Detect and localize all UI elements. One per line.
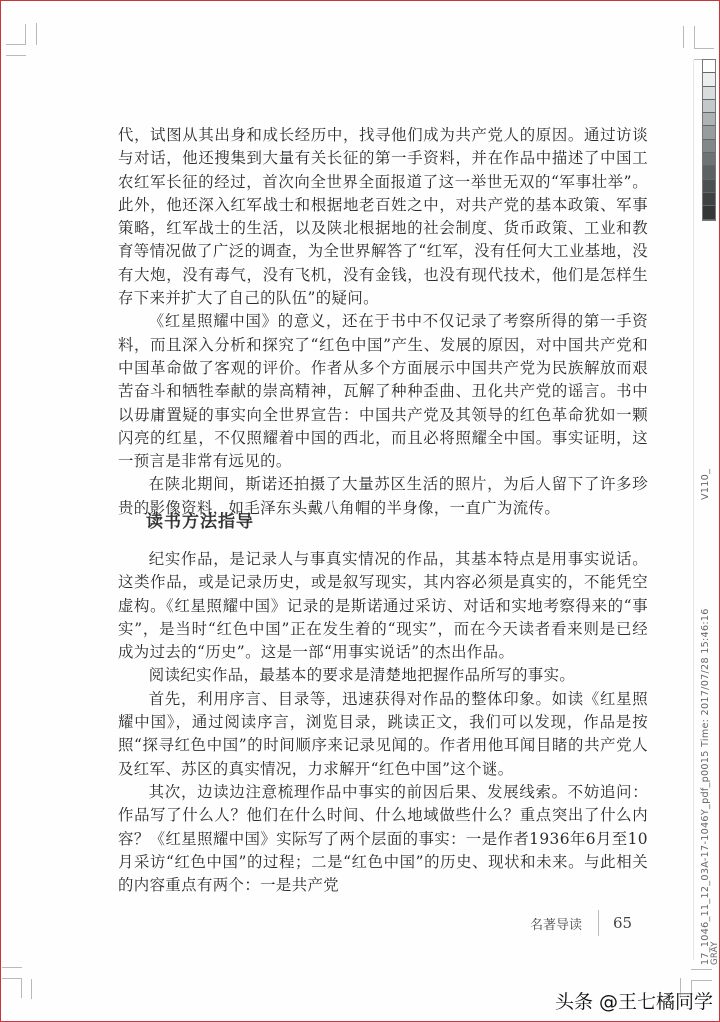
page-number: 65: [613, 914, 632, 932]
grayscale-calibration-bar: [702, 59, 716, 221]
crop-mark-bottom-left-v2: [31, 979, 32, 999]
footer-section-label: 名著导读: [530, 914, 582, 933]
grayscale-swatch: [703, 73, 715, 86]
crop-mark-bottom-left-v: [21, 978, 22, 998]
paragraph: 阅读纪实作品，最基本的要求是清楚地把握作品所写的事实。: [118, 664, 648, 687]
paragraph: 纪实作品，是记录人与事真实情况的作品，其基本特点是用事实说话。这类作品，或是记录…: [118, 548, 648, 664]
crop-mark-bottom-right-h: [691, 969, 712, 970]
grayscale-swatch: [703, 166, 715, 179]
grayscale-swatch: [703, 140, 715, 153]
grayscale-swatch: [703, 60, 715, 73]
paragraph: 代，试图从其出身和成长经历中，找寻他们成为共产党人的原因。通过访谈与对话，他还搜…: [118, 124, 648, 310]
grayscale-swatch: [703, 113, 715, 126]
grayscale-swatch: [703, 180, 715, 193]
paragraph: 《红星照耀中国》的意义，还在于书中不仅记录了考察所得的第一手资料，而且深入分析和…: [118, 310, 648, 473]
crop-mark-bottom-left-h: [2, 967, 22, 968]
grayscale-swatch: [703, 126, 715, 139]
crop-mark-top-right-h: [694, 48, 714, 49]
paragraph: 其次，边读边注意梳理作品中事实的前因后果、发展线索。不妨追问：作品写了什么人？他…: [118, 781, 648, 897]
version-label: V110_: [700, 469, 711, 500]
crop-mark-top-left-v2: [36, 23, 37, 45]
page-footer: 名著导读 65: [530, 910, 632, 936]
grayscale-swatch: [703, 206, 715, 219]
print-job-info: 17_1046_11_12_03A-17-1046Y_pdf_p0015 Tim…: [700, 608, 711, 965]
crop-mark-top-right-v: [683, 26, 684, 48]
paragraph: 首先，利用序言、目录等，迅速获得对作品的整体印象。如读《红星照耀中国》，通过阅读…: [118, 688, 648, 781]
crop-mark-top-right-v2: [694, 26, 695, 48]
section-heading: 读书方法指导: [146, 507, 254, 532]
grayscale-swatch: [703, 193, 715, 206]
grayscale-swatch: [703, 153, 715, 166]
crop-mark-top-left-v: [25, 24, 26, 45]
crop-mark-bottom-right-h2: [691, 980, 712, 981]
crop-mark-bottom-left-h2: [2, 978, 22, 979]
article-body-top: 代，试图从其出身和成长经历中，找寻他们成为共产党人的原因。通过访谈与对话，他还搜…: [118, 124, 648, 520]
crop-mark-top-left-h: [6, 44, 26, 45]
crop-mark-top-left-h2: [6, 55, 26, 56]
grayscale-swatch: [703, 87, 715, 100]
footer-divider: [598, 910, 599, 936]
watermark-text: 头条 @王七橘同学: [555, 987, 713, 1014]
crop-mark-top-right-h2: [694, 59, 702, 60]
right-trim-line: [693, 60, 694, 960]
grayscale-swatch: [703, 100, 715, 113]
article-body-bottom: 纪实作品，是记录人与事真实情况的作品，其基本特点是用事实说话。这类作品，或是记录…: [118, 548, 648, 897]
color-mode-label: GRAY: [710, 941, 720, 965]
